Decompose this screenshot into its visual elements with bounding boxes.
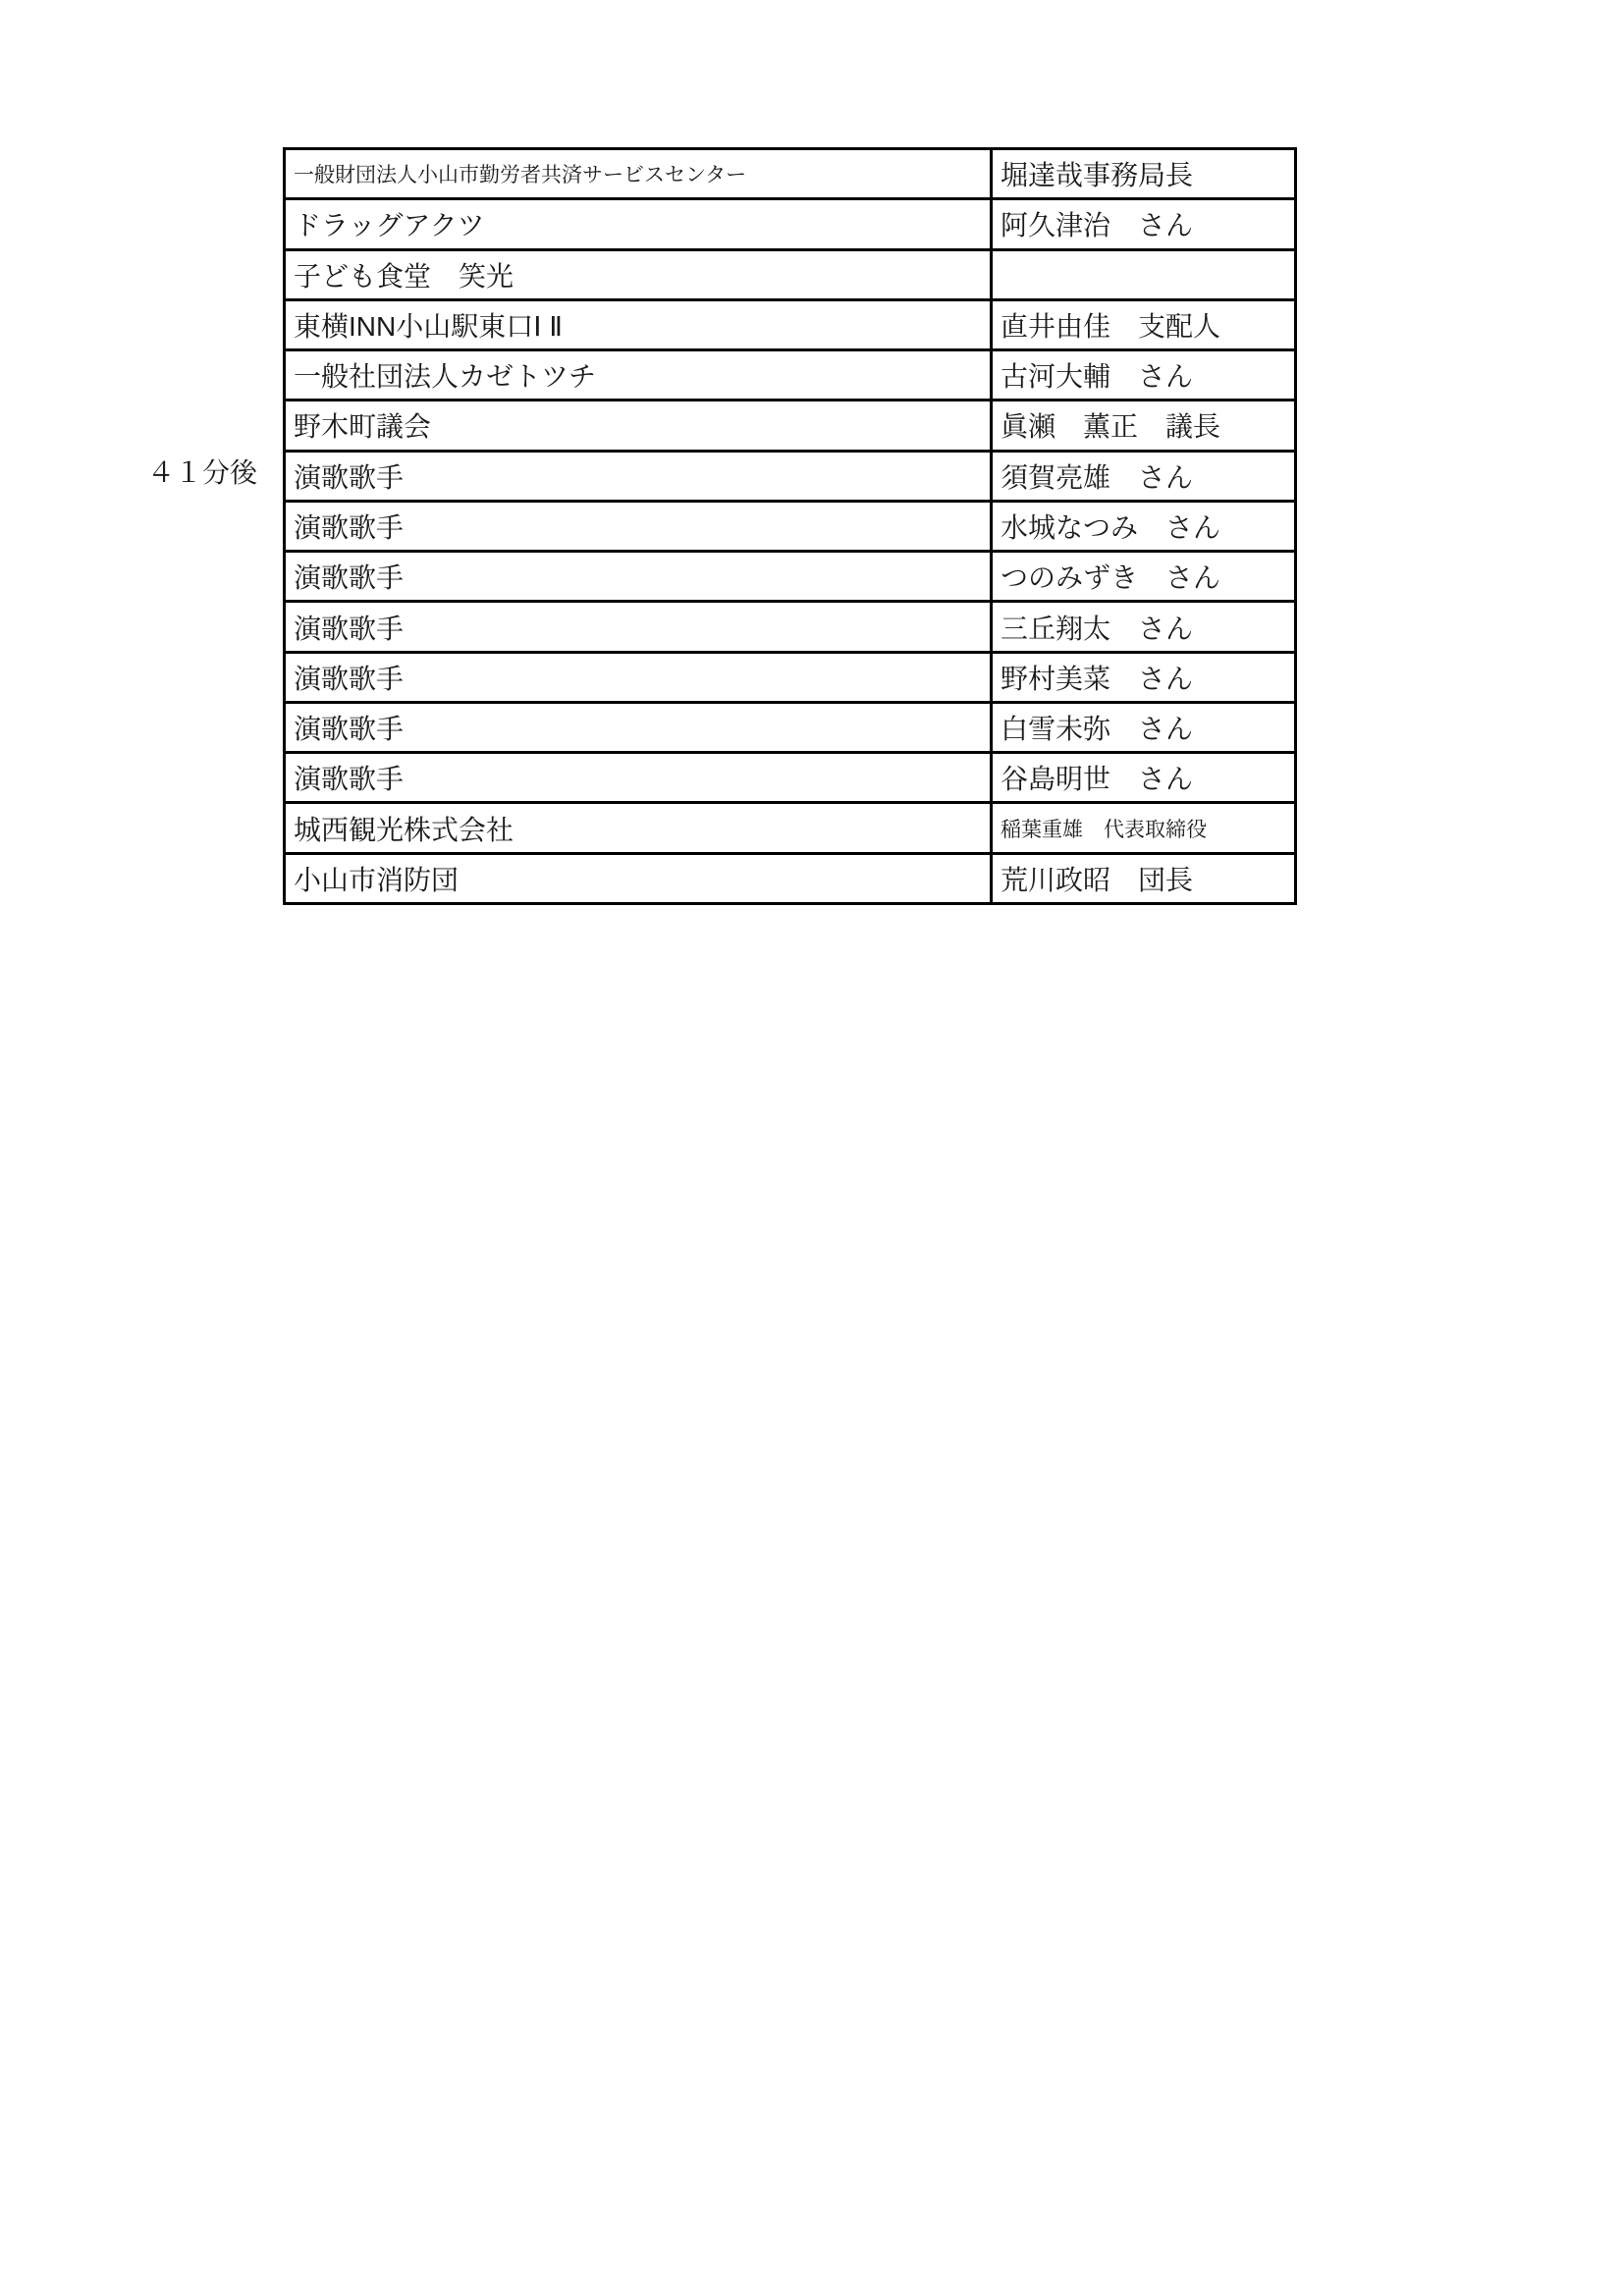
org-cell: 子ども食堂 笑光 — [285, 249, 992, 299]
person-cell: 谷島明世 さん — [992, 753, 1296, 803]
person-cell: 荒川政昭 団長 — [992, 853, 1296, 903]
table-row: 一般財団法人小山市勤労者共済サービスセンター 堀達哉事務局長 — [285, 149, 1296, 199]
org-cell: 演歌歌手 — [285, 552, 992, 602]
table-row: 演歌歌手 須賀亮雄 さん — [285, 451, 1296, 501]
org-cell: 東横INN小山駅東口Ⅰ Ⅱ — [285, 299, 992, 349]
table-row: 一般社団法人カゼトツチ 古河大輔 さん — [285, 350, 1296, 400]
person-cell: 直井由佳 支配人 — [992, 299, 1296, 349]
person-cell: つのみずき さん — [992, 552, 1296, 602]
org-cell: 小山市消防団 — [285, 853, 992, 903]
table-row: 城西観光株式会社 稲葉重雄 代表取締役 — [285, 803, 1296, 853]
org-cell: 演歌歌手 — [285, 501, 992, 551]
table-row: 子ども食堂 笑光 — [285, 249, 1296, 299]
person-cell: 須賀亮雄 さん — [992, 451, 1296, 501]
attendee-table: 一般財団法人小山市勤労者共済サービスセンター 堀達哉事務局長 ドラッグアクツ 阿… — [283, 147, 1297, 905]
table-row: 東横INN小山駅東口Ⅰ Ⅱ 直井由佳 支配人 — [285, 299, 1296, 349]
org-cell: 演歌歌手 — [285, 702, 992, 752]
org-cell: 演歌歌手 — [285, 753, 992, 803]
org-cell: 城西観光株式会社 — [285, 803, 992, 853]
org-cell: 一般社団法人カゼトツチ — [285, 350, 992, 400]
person-cell: 三丘翔太 さん — [992, 602, 1296, 652]
table-row: 演歌歌手 三丘翔太 さん — [285, 602, 1296, 652]
table-row: 演歌歌手 白雪未弥 さん — [285, 702, 1296, 752]
table-row: 演歌歌手 水城なつみ さん — [285, 501, 1296, 551]
table-row: ドラッグアクツ 阿久津治 さん — [285, 199, 1296, 249]
person-cell: 稲葉重雄 代表取締役 — [992, 803, 1296, 853]
person-cell: 堀達哉事務局長 — [992, 149, 1296, 199]
org-cell: 演歌歌手 — [285, 451, 992, 501]
table-row: 演歌歌手 野村美菜 さん — [285, 652, 1296, 702]
person-cell: 白雪未弥 さん — [992, 702, 1296, 752]
person-cell — [992, 249, 1296, 299]
org-cell: 野木町議会 — [285, 400, 992, 451]
table-row: 小山市消防団 荒川政昭 団長 — [285, 853, 1296, 903]
org-cell: ドラッグアクツ — [285, 199, 992, 249]
table-row: 演歌歌手 谷島明世 さん — [285, 753, 1296, 803]
person-cell: 水城なつみ さん — [992, 501, 1296, 551]
person-cell: 阿久津治 さん — [992, 199, 1296, 249]
org-cell: 演歌歌手 — [285, 602, 992, 652]
person-cell: 野村美菜 さん — [992, 652, 1296, 702]
table-row: 演歌歌手 つのみずき さん — [285, 552, 1296, 602]
org-cell: 演歌歌手 — [285, 652, 992, 702]
table-row: 野木町議会 眞瀬 薫正 議長 — [285, 400, 1296, 451]
person-cell: 眞瀬 薫正 議長 — [992, 400, 1296, 451]
time-offset-label: ４１分後 — [147, 455, 257, 491]
person-cell: 古河大輔 さん — [992, 350, 1296, 400]
document-page: ４１分後 一般財団法人小山市勤労者共済サービスセンター 堀達哉事務局長 ドラッグ… — [0, 0, 1624, 2296]
org-cell: 一般財団法人小山市勤労者共済サービスセンター — [285, 149, 992, 199]
